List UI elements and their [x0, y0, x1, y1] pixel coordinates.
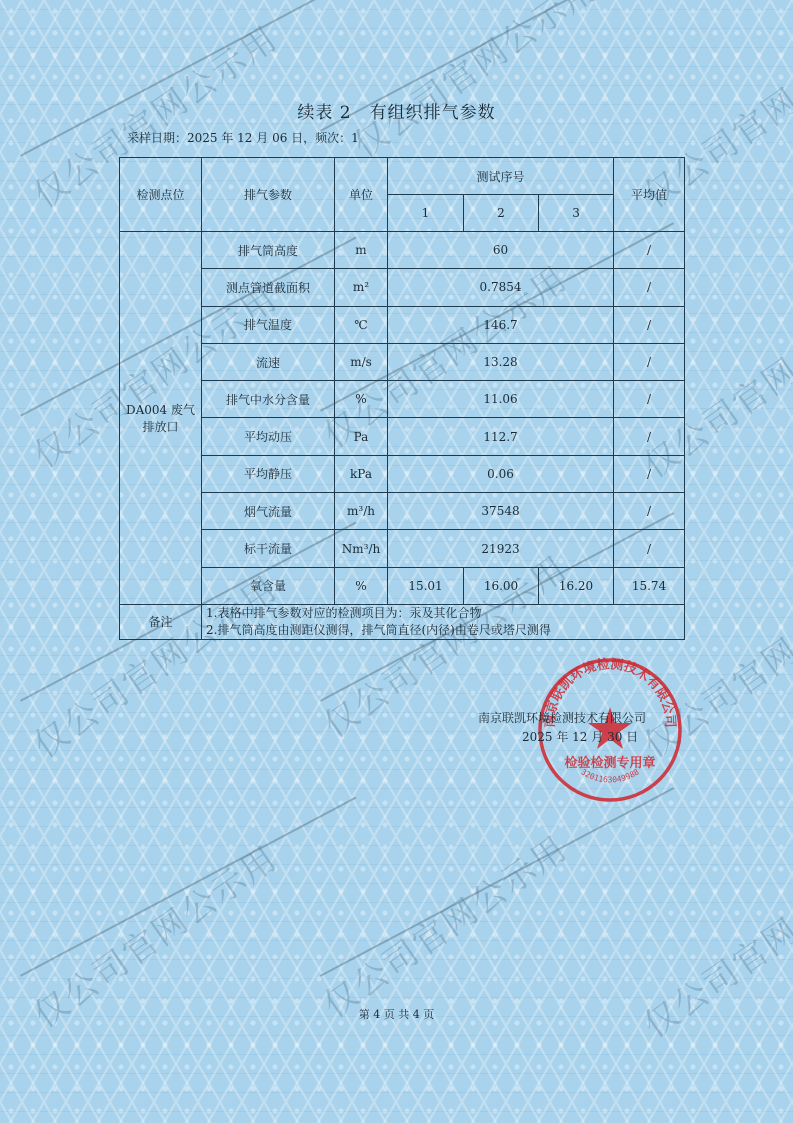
unit-cell: kPa: [335, 455, 388, 492]
document-title: 续表 2 有组织排气参数: [0, 98, 793, 123]
average-cell: /: [614, 455, 685, 492]
unit-cell: %: [335, 381, 388, 418]
unit-cell: m: [335, 232, 388, 269]
table-row: 平均静压 kPa 0.06 /: [120, 455, 685, 492]
sample-info: 采样日期：2025 年 12 月 06 日，频次：1: [127, 129, 359, 146]
header-test-1: 1: [388, 195, 464, 232]
value-cell: 60: [388, 232, 614, 269]
notes-row: 备注 1.表格中排气参数对应的检测项目为：汞及其化合物 2.排气筒高度由测距仪测…: [120, 604, 685, 639]
test-2-value: 16.00: [464, 567, 539, 604]
signature-company: 南京联凯环境检测技术有限公司: [478, 709, 646, 726]
parameter-cell: 氧含量: [202, 567, 335, 604]
average-cell: /: [614, 306, 685, 343]
parameter-cell: 标干流量: [202, 530, 335, 567]
header-location: 检测点位: [120, 158, 202, 232]
unit-cell: Pa: [335, 418, 388, 455]
value-cell: 21923: [388, 530, 614, 567]
value-cell: 0.7854: [388, 269, 614, 306]
watermark-text: 仅公司官网公示用: [342, 0, 606, 167]
parameter-cell: 平均动压: [202, 418, 335, 455]
parameter-cell: 平均静压: [202, 455, 335, 492]
page-footer: 第 4 页 共 4 页: [0, 1006, 793, 1022]
test-3-value: 16.20: [539, 567, 614, 604]
table-header-row: 检测点位 排气参数 单位 测试序号 平均值: [120, 158, 685, 195]
exhaust-parameters-table: 检测点位 排气参数 单位 测试序号 平均值 1 2 3 DA004 废气排放口 …: [119, 157, 685, 640]
value-cell: 0.06: [388, 455, 614, 492]
parameter-cell: 烟气流量: [202, 493, 335, 530]
table-row: 测点管道截面积 m² 0.7854 /: [120, 269, 685, 306]
parameter-cell: 排气温度: [202, 306, 335, 343]
watermark-line: [20, 797, 356, 977]
parameter-cell: 流速: [202, 343, 335, 380]
table-row: 排气中水分含量 % 11.06 /: [120, 381, 685, 418]
table-row: 流速 m/s 13.28 /: [120, 343, 685, 380]
average-cell: /: [614, 232, 685, 269]
average-cell: /: [614, 343, 685, 380]
table-row: 烟气流量 m³/h 37548 /: [120, 493, 685, 530]
unit-cell: m²: [335, 269, 388, 306]
parameter-cell: 排气筒高度: [202, 232, 335, 269]
table-row: DA004 废气排放口 排气筒高度 m 60 /: [120, 232, 685, 269]
parameter-cell: 测点管道截面积: [202, 269, 335, 306]
header-parameter: 排气参数: [202, 158, 335, 232]
average-cell: 15.74: [614, 567, 685, 604]
average-cell: /: [614, 493, 685, 530]
table-row: 排气温度 ℃ 146.7 /: [120, 306, 685, 343]
header-average: 平均值: [614, 158, 685, 232]
table-row: 标干流量 Nm³/h 21923 /: [120, 530, 685, 567]
location-cell: DA004 废气排放口: [120, 232, 202, 605]
average-cell: /: [614, 418, 685, 455]
unit-cell: ℃: [335, 306, 388, 343]
note-item: 1.表格中排气参数对应的检测项目为：汞及其化合物: [206, 605, 684, 622]
average-cell: /: [614, 530, 685, 567]
watermark-line: [320, 787, 674, 977]
value-cell: 112.7: [388, 418, 614, 455]
test-1-value: 15.01: [388, 567, 464, 604]
oxygen-row: 氧含量 % 15.01 16.00 16.20 15.74: [120, 567, 685, 604]
value-cell: 37548: [388, 493, 614, 530]
average-cell: /: [614, 269, 685, 306]
unit-cell: m/s: [335, 343, 388, 380]
note-item: 2.排气筒高度由测距仪测得，排气筒直径(内径)由卷尺或塔尺测得: [206, 622, 684, 639]
average-cell: /: [614, 381, 685, 418]
stamp-inner-text: 检验检测专用章: [564, 755, 655, 771]
notes-content: 1.表格中排气参数对应的检测项目为：汞及其化合物 2.排气筒高度由测距仪测得，排…: [202, 604, 685, 639]
unit-cell: m³/h: [335, 493, 388, 530]
table-row: 平均动压 Pa 112.7 /: [120, 418, 685, 455]
notes-label: 备注: [120, 604, 202, 639]
parameter-cell: 排气中水分含量: [202, 381, 335, 418]
value-cell: 11.06: [388, 381, 614, 418]
watermark-text: 仅公司官网公示用: [312, 822, 576, 1027]
header-test-3: 3: [539, 195, 614, 232]
value-cell: 13.28: [388, 343, 614, 380]
header-unit: 单位: [335, 158, 388, 232]
header-test-2: 2: [464, 195, 539, 232]
unit-cell: Nm³/h: [335, 530, 388, 567]
unit-cell: %: [335, 567, 388, 604]
value-cell: 146.7: [388, 306, 614, 343]
header-test-number: 测试序号: [388, 158, 614, 195]
signature-date: 2025 年 12 月 30 日: [522, 728, 638, 745]
